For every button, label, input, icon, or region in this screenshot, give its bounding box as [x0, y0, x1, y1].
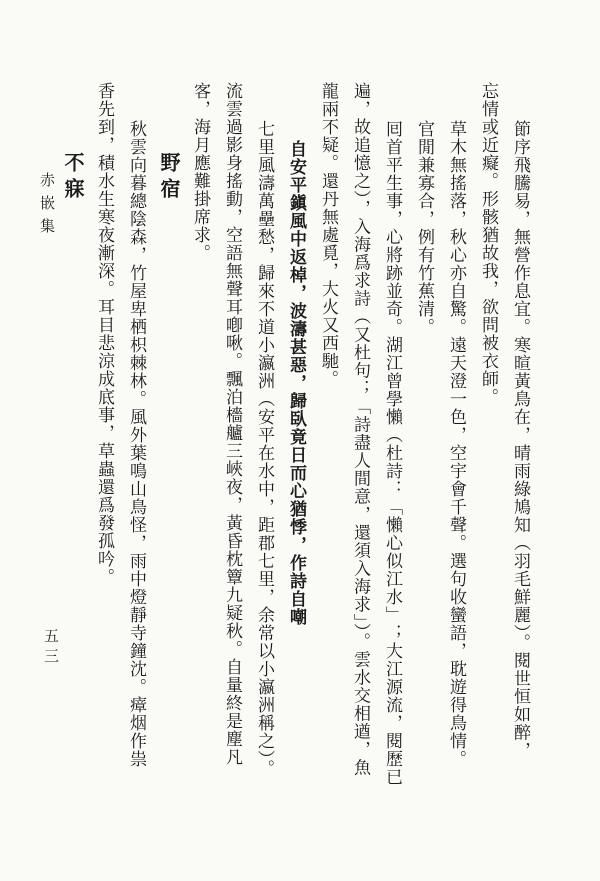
verse-column: 遍，故追憶之），入海爲求詩（又杜句；「詩盡人間意，還須入海求」）。雲水交相遒，魚: [344, 82, 376, 806]
poem-title-night-lodging: 野宿: [152, 82, 184, 806]
text-columns: 節序飛騰易，無營作息宜。寒暄黃鳥在，晴雨綠鳩知（羽毛鮮麗）。閱世恒如醉， 忘情或…: [56, 82, 536, 806]
verse-column: 龍兩不疑。還丹無處覓，大火又西馳。: [312, 82, 344, 806]
verse-column: 秋雲向暮總陰森，竹屋卑栖枳棘林。風外葉鳴山鳥怪，雨中燈靜寺鐘沈。瘴烟作祟: [120, 82, 152, 806]
verse-column: 官閒兼寡合，例有竹蕉清。: [408, 82, 440, 806]
verse-column: 客，海月應難掛席求。: [184, 82, 216, 806]
poem-title-anping-return: 自安平鎭風中返棹，波濤甚惡，歸臥竟日而心猶悸，作詩自嘲: [280, 82, 312, 806]
running-title: 赤嵌集: [36, 172, 57, 241]
verse-column: 忘情或近癡。形骸猶故我，欲問被衣師。: [472, 82, 504, 806]
page-number: 五三: [40, 628, 61, 668]
poem-title-sleepless: 不寐: [56, 82, 88, 806]
verse-column: 草木無搖落，秋心亦自驚。遠天澄一色，空宇會千聲。選句收蠻語，耽遊得鳥情。: [440, 82, 472, 806]
scanned-page: 節序飛騰易，無營作息宜。寒暄黃鳥在，晴雨綠鳩知（羽毛鮮麗）。閱世恒如醉， 忘情或…: [0, 0, 600, 881]
verse-column: 流雲過影身搖動，空語無聲耳喞啾。飄泊檣艫三峽夜，黃昏枕簟九疑秋。自量終是塵凡: [216, 82, 248, 806]
verse-column: 七里風濤萬壘愁，歸來不道小瀛洲（安平在水中，距郡七里，余常以小瀛洲稱之）。: [248, 82, 280, 806]
verse-column: 節序飛騰易，無營作息宜。寒暄黃鳥在，晴雨綠鳩知（羽毛鮮麗）。閱世恒如醉，: [504, 82, 536, 806]
verse-column: 囘首平生事，心將跡並奇。湖江曾學懶（杜詩：「懶心似江水」；大江源流，閱歷已: [376, 82, 408, 806]
verse-column: 香先到，積水生寒夜漸深。耳目悲涼成底事，草蟲還爲發孤吟。: [88, 82, 120, 806]
